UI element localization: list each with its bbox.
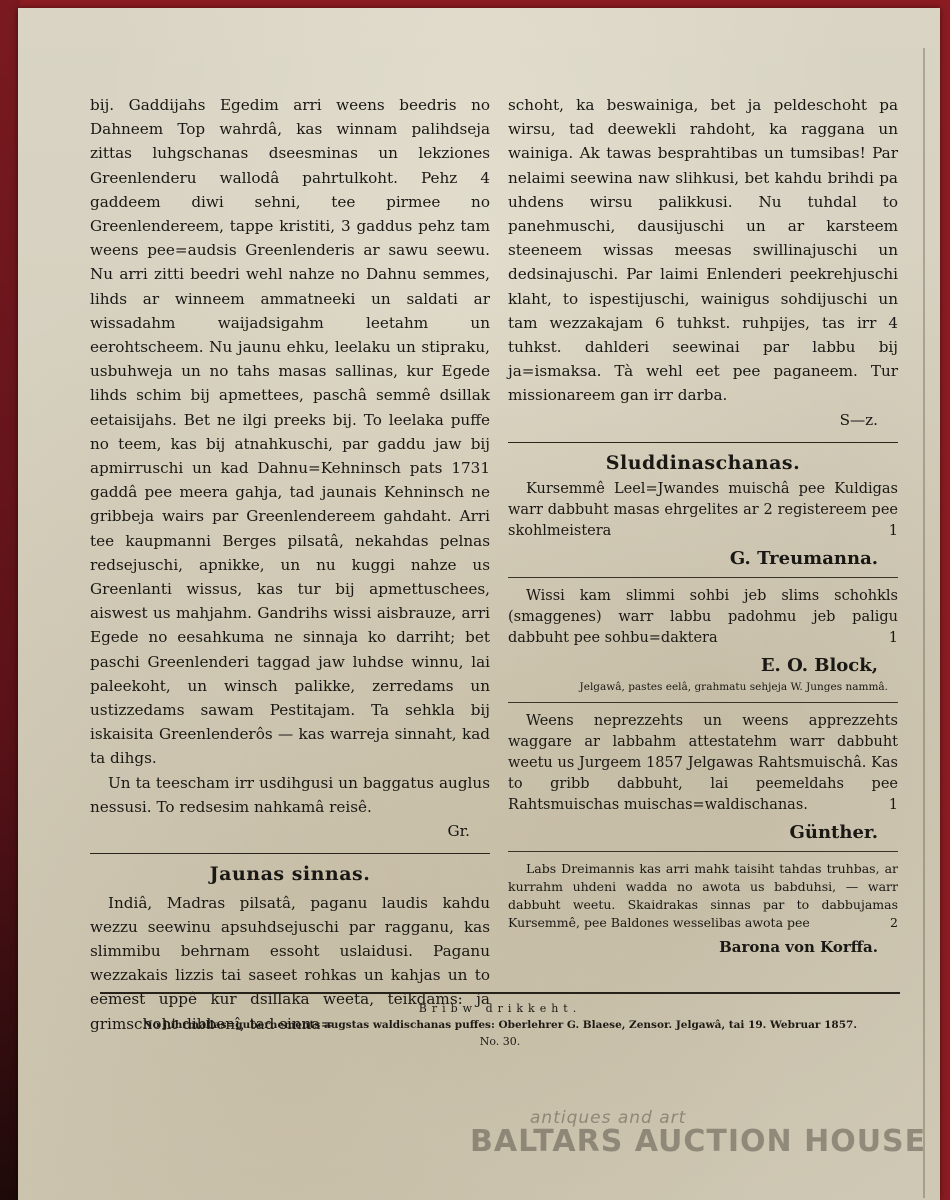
ad-divider xyxy=(508,577,898,578)
left-column: bij. Gaddijahs Egedim arri weens beedris… xyxy=(90,93,490,1036)
article-continued-paragraph-1: bij. Gaddijahs Egedim arri weens beedris… xyxy=(90,93,490,771)
issue-number: No. 30. xyxy=(100,1035,900,1048)
ad-text: Wissi kam slimmi sohbi jeb slims schohkl… xyxy=(508,586,898,649)
ad-text: Weens neprezzehts un weens apprezzehts w… xyxy=(508,711,898,816)
ad-divider xyxy=(508,851,898,852)
ads-section-title: Sluddinaschanas. xyxy=(508,451,898,475)
ad-count: 1 xyxy=(871,628,898,649)
ad-text: Kursemmê Leel=Jwandes muischâ pee Kuldig… xyxy=(508,479,898,542)
ad-signer: E. O. Block, xyxy=(508,655,878,676)
footer-divider xyxy=(100,992,900,994)
paper-fold-line xyxy=(923,48,925,1198)
ad-count: 1 xyxy=(871,521,898,542)
ad-count: 2 xyxy=(872,914,898,932)
news-section-title: Jaunas sinnas. xyxy=(90,862,490,886)
ad-text: Labs Dreimannis kas arri mahk taisiht ta… xyxy=(508,860,898,932)
ad-count: 1 xyxy=(871,795,898,816)
advertisement: Weens neprezzehts un weens apprezzehts w… xyxy=(508,711,898,843)
right-column: schoht, ka beswainiga, bet ja peldeschoh… xyxy=(508,93,898,960)
printed-permission: Bribw drikkeht. xyxy=(100,1002,900,1015)
advertisement: Kursemmê Leel=Jwandes muischâ pee Kuldig… xyxy=(508,479,898,569)
imprint-footer: Bribw drikkeht. No juhrmallas=gubernemen… xyxy=(100,992,900,1048)
ad-signer: Barona von Korffa. xyxy=(508,938,878,956)
censor-line: No juhrmallas=gubernements augstas waldi… xyxy=(100,1019,900,1031)
background-cloth xyxy=(0,0,20,1200)
ad-signer: Günther. xyxy=(508,822,878,843)
advertisement: Wissi kam slimmi sohbi jeb slims schohkl… xyxy=(508,586,898,694)
news-signature: S—z. xyxy=(508,408,898,432)
article-signature: Gr. xyxy=(90,819,490,843)
watermark-name: BALTARS AUCTION HOUSE xyxy=(470,1124,926,1159)
ad-signer: G. Treumanna. xyxy=(508,548,878,569)
advertisement: Labs Dreimannis kas arri mahk taisiht ta… xyxy=(508,860,898,956)
ad-divider xyxy=(508,702,898,703)
news-continued: schoht, ka beswainiga, bet ja peldeschoh… xyxy=(508,93,898,408)
article-continued-paragraph-2: Un ta teescham irr usdihgusi un baggatus… xyxy=(90,771,490,819)
section-divider xyxy=(508,442,898,443)
auction-house-watermark: antiques and art BALTARS AUCTION HOUSE xyxy=(470,1108,890,1168)
section-divider xyxy=(90,853,490,854)
ad-signer-note: Jelgawâ, pastes eelâ, grahmatu sehjeja W… xyxy=(508,680,888,694)
